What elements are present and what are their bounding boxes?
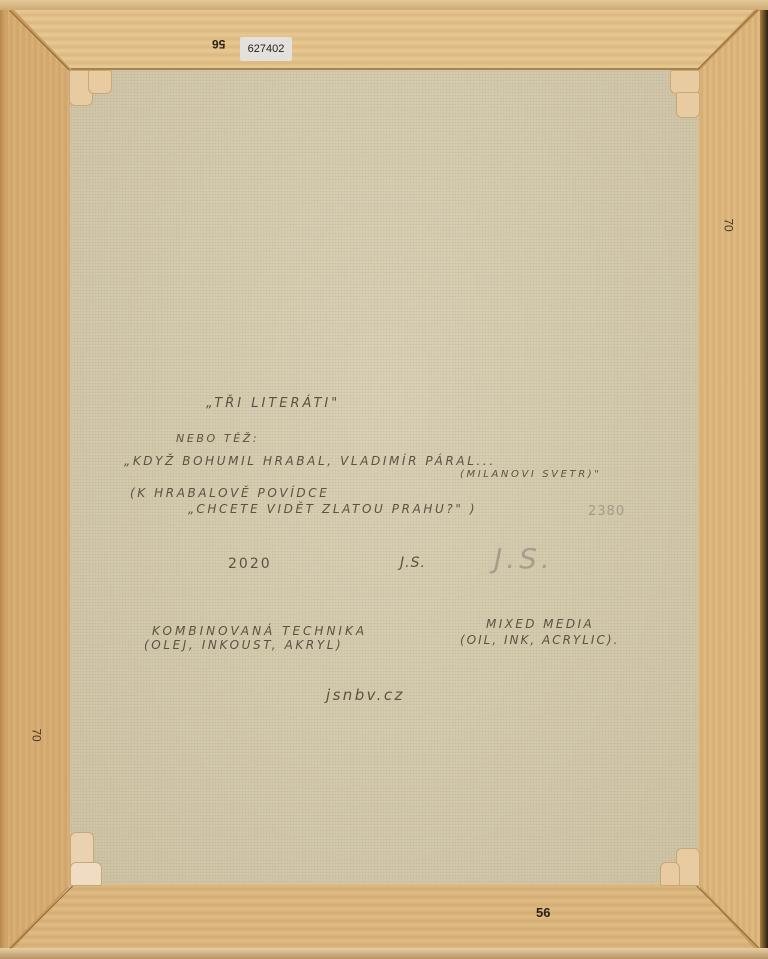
technique-czech: KOMBINOVANÁ TECHNIKA bbox=[152, 624, 367, 638]
inscription-title: „TŘI LITERÁTI" bbox=[206, 396, 340, 411]
corner-key-wedge bbox=[670, 70, 700, 94]
frame-size-stamp-top: 56 bbox=[212, 37, 225, 51]
inventory-sticker: 627402 bbox=[240, 37, 292, 61]
inscription-reference: (K HRABALOVĚ POVÍDCE bbox=[130, 486, 329, 500]
corner-key-wedge bbox=[660, 862, 680, 886]
stretcher-bar-bottom bbox=[14, 884, 754, 948]
materials-czech: (OLEJ, INKOUST, AKRYL) bbox=[144, 638, 343, 652]
corner-key-wedge bbox=[88, 70, 112, 94]
painting-back-scene: 56 627402 56 70 70 „TŘI LITERÁTI" NEBO T… bbox=[0, 0, 768, 959]
inscription-alt-title: „KDYŽ BOHUMIL HRABAL, VLADIMÍR PÁRAL... bbox=[124, 454, 496, 468]
outer-frame-bottom-edge bbox=[0, 948, 768, 959]
stretcher-bar-left bbox=[8, 10, 70, 948]
technique-english: MIXED MEDIA bbox=[486, 617, 594, 631]
inscription-date: 2020 bbox=[228, 556, 272, 572]
artist-initials-large: J.S. bbox=[494, 542, 554, 575]
frame-size-stamp-left: 70 bbox=[30, 728, 44, 741]
inscription-alt-title-cont: (MILANOVI SVETR)" bbox=[460, 469, 601, 480]
artist-website: jsnbv.cz bbox=[326, 686, 405, 704]
inscription-reference-title: „CHCETE VIDĚT ZLATOU PRAHU?" ) bbox=[188, 502, 477, 516]
artist-initials-small: J.S. bbox=[400, 555, 426, 571]
stretcher-bar-top bbox=[14, 10, 754, 70]
outer-frame-top-edge bbox=[0, 0, 768, 10]
frame-size-stamp-bottom: 56 bbox=[536, 905, 550, 920]
canvas-back bbox=[68, 70, 700, 888]
stretcher-bar-right bbox=[698, 10, 760, 948]
materials-english: (OIL, INK, ACRYLIC). bbox=[460, 633, 619, 647]
inscription-subtitle: NEBO TÉŽ: bbox=[176, 432, 259, 445]
corner-key-wedge bbox=[70, 862, 102, 886]
frame-size-stamp-right: 70 bbox=[722, 218, 736, 231]
catalog-number: 2380 bbox=[588, 504, 625, 519]
corner-key-wedge bbox=[676, 92, 700, 118]
